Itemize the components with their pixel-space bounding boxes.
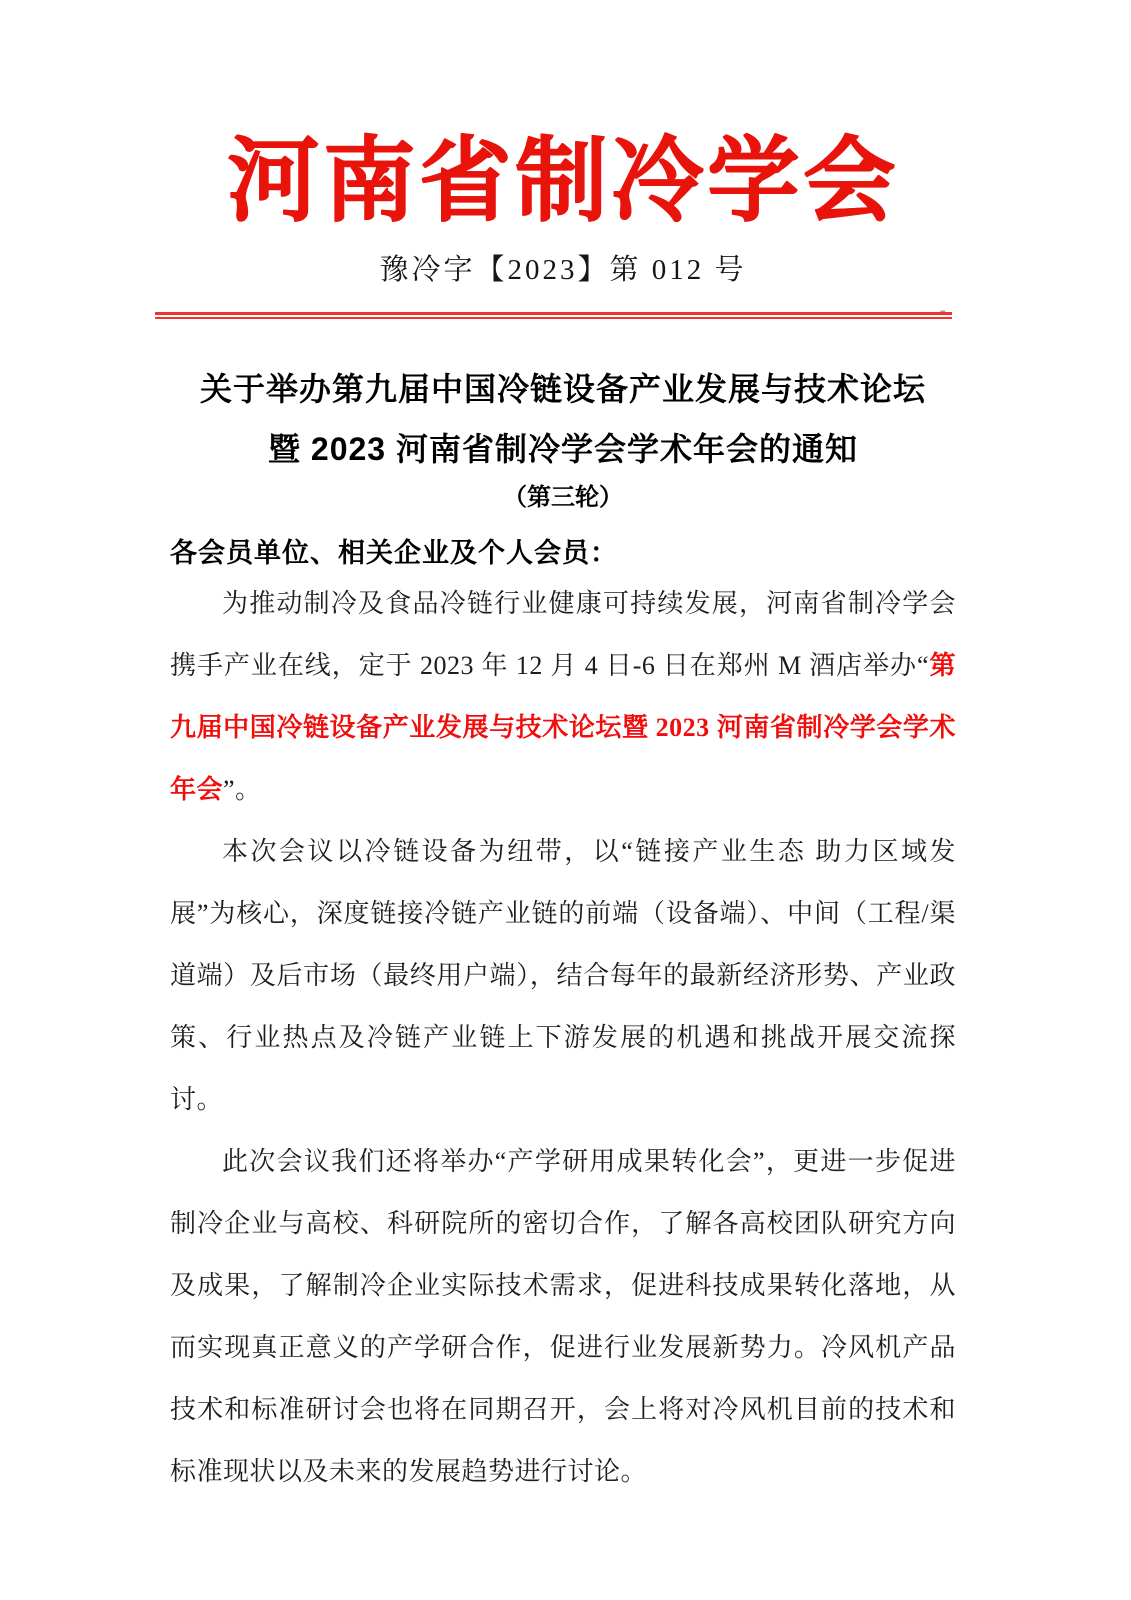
body-paragraph-2: 本次会议以冷链设备为纽带，以“链接产业生态 助力区域发展”为核心，深度链接冷链产… (170, 821, 956, 1131)
document-page: 河南省制冷学会 豫冷字【2023】第 012 号 - 关于举办第九届中国冷链设备… (0, 0, 1131, 1600)
letterhead-org-name: 河南省制冷学会 (170, 126, 956, 236)
document-content: 河南省制冷学会 豫冷字【2023】第 012 号 - 关于举办第九届中国冷链设备… (170, 0, 956, 1503)
notice-title: 关于举办第九届中国冷链设备产业发展与技术论坛 暨 2023 河南省制冷学会学术年… (170, 367, 956, 471)
notice-title-line2: 暨 2023 河南省制冷学会学术年会的通知 (170, 427, 956, 471)
body-paragraph-3: 此次会议我们还将举办“产学研用成果转化会”，更进一步促进制冷企业与高校、科研院所… (170, 1131, 956, 1503)
salutation: 各会员单位、相关企业及个人会员： (170, 533, 956, 573)
notice-title-line1: 关于举办第九届中国冷链设备产业发展与技术论坛 (170, 367, 956, 411)
divider-end-mark: - (940, 302, 947, 320)
paragraph-1-suffix: ”。 (223, 775, 262, 804)
document-body: 为推动制冷及食品冷链行业健康可持续发展，河南省制冷学会携手产业在线，定于 202… (170, 573, 956, 1503)
paragraph-1-prefix: 为推动制冷及食品冷链行业健康可持续发展，河南省制冷学会携手产业在线，定于 202… (170, 589, 956, 680)
round-label: （第三轮） (170, 481, 956, 515)
red-divider-line: - (155, 312, 952, 319)
document-number: 豫冷字【2023】第 012 号 (170, 252, 956, 288)
body-paragraph-1: 为推动制冷及食品冷链行业健康可持续发展，河南省制冷学会携手产业在线，定于 202… (170, 573, 956, 821)
